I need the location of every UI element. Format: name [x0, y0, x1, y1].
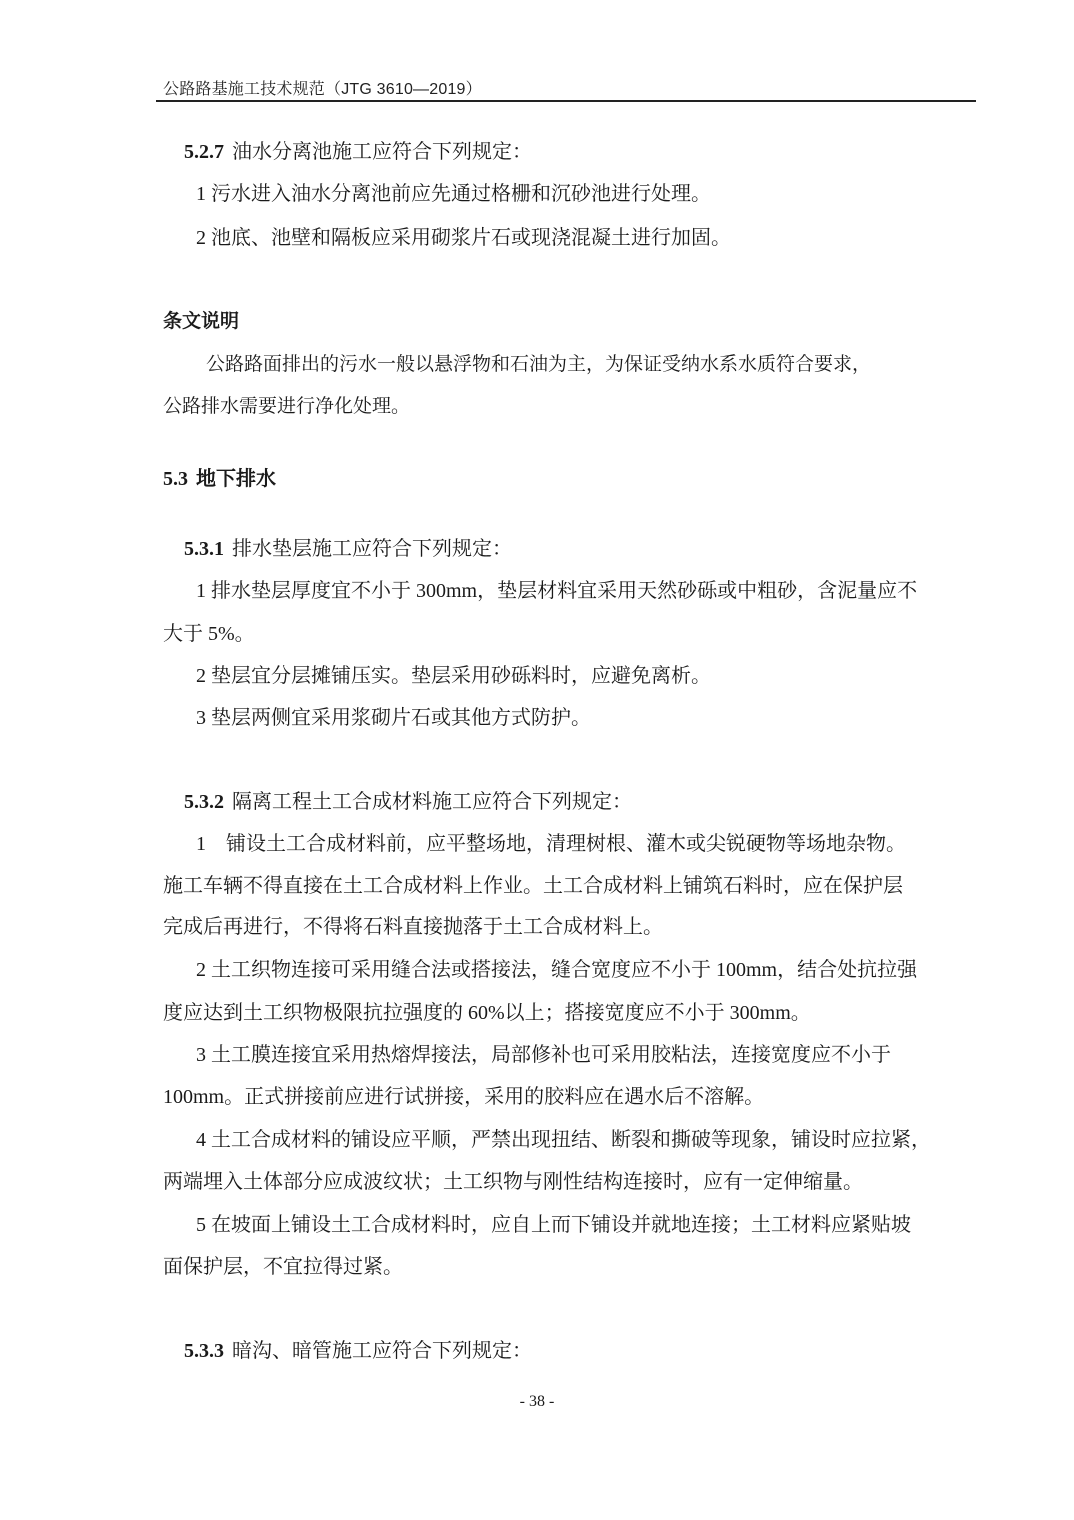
clause-line: 5 在坡面上铺设土工合成材料时，应自上而下铺设并就地连接；土工材料应紧贴坡 — [196, 1213, 911, 1237]
clause-title: 暗沟、暗管施工应符合下列规定： — [232, 1340, 532, 1362]
note-line: 公路排水需要进行净化处理。 — [163, 394, 410, 418]
clause-line: 1 铺设土工合成材料前，应平整场地，清理树根、灌木或尖锐硬物等场地杂物。 — [196, 832, 906, 856]
clause-line: 完成后再进行，不得将石料直接抛落于土工合成材料上。 — [163, 915, 663, 939]
clause-item: 1 污水进入油水分离池前应先通过格栅和沉砂池进行处理。 — [196, 182, 711, 206]
clause-number: 5.3.1 — [184, 538, 224, 560]
clause-title: 排水垫层施工应符合下列规定： — [232, 538, 512, 560]
clause-line: 1 排水垫层厚度宜不小于 300mm，垫层材料宜采用天然砂砾或中粗砂，含泥量应不 — [196, 579, 917, 603]
clause-item: 2 池底、池壁和隔板应采用砌浆片石或现浇混凝土进行加固。 — [196, 226, 731, 250]
section-title: 地下排水 — [196, 468, 276, 490]
clause-heading-5-2-7: 5.2.7油水分离池施工应符合下列规定： — [184, 140, 532, 164]
clause-line: 2 土工织物连接可采用缝合法或搭接法，缝合宽度应不小于 100mm，结合处抗拉强 — [196, 958, 917, 982]
clause-line: 3 土工膜连接宜采用热熔焊接法，局部修补也可采用胶粘法，连接宽度应不小于 — [196, 1043, 891, 1067]
clause-number: 5.3.2 — [184, 791, 224, 813]
clause-heading-5-3-2: 5.3.2隔离工程土工合成材料施工应符合下列规定： — [184, 790, 632, 814]
clause-line: 3 垫层两侧宜采用浆砌片石或其他方式防护。 — [196, 706, 591, 730]
clause-line: 施工车辆不得直接在土工合成材料上作业。土工合成材料上铺筑石料时，应在保护层 — [163, 874, 903, 898]
page-number: - 38 - — [0, 1393, 1074, 1411]
clause-line: 度应达到土工织物极限抗拉强度的 60%以上；搭接宽度应不小于 300mm。 — [163, 1001, 811, 1025]
running-header: 公路路基施工技术规范（JTG 3610—2019） — [163, 76, 482, 99]
note-line: 公路路面排出的污水一般以悬浮物和石油为主，为保证受纳水系水质符合要求， — [206, 352, 871, 376]
header-rule — [156, 100, 976, 102]
clause-number: 5.2.7 — [184, 141, 224, 163]
clause-title: 油水分离池施工应符合下列规定： — [232, 141, 532, 163]
clause-line: 面保护层，不宜拉得过紧。 — [163, 1255, 403, 1279]
section-heading-5-3: 5.3地下排水 — [163, 467, 276, 491]
clause-heading-5-3-1: 5.3.1排水垫层施工应符合下列规定： — [184, 537, 512, 561]
clause-title: 隔离工程土工合成材料施工应符合下列规定： — [232, 791, 632, 813]
clause-line: 两端埋入土体部分应成波纹状；土工织物与刚性结构连接时，应有一定伸缩量。 — [163, 1170, 863, 1194]
clause-heading-5-3-3: 5.3.3暗沟、暗管施工应符合下列规定： — [184, 1339, 532, 1363]
clause-line: 2 垫层宜分层摊铺压实。垫层采用砂砾料时，应避免离析。 — [196, 664, 711, 688]
note-title: 条文说明 — [163, 309, 239, 333]
clause-line: 100mm。正式拼接前应进行试拼接，采用的胶料应在遇水后不溶解。 — [163, 1085, 764, 1109]
section-number: 5.3 — [163, 468, 188, 490]
clause-number: 5.3.3 — [184, 1340, 224, 1362]
clause-line: 4 土工合成材料的铺设应平顺，严禁出现扭结、断裂和撕破等现象，铺设时应拉紧， — [196, 1128, 931, 1152]
clause-line: 大于 5%。 — [163, 622, 255, 646]
